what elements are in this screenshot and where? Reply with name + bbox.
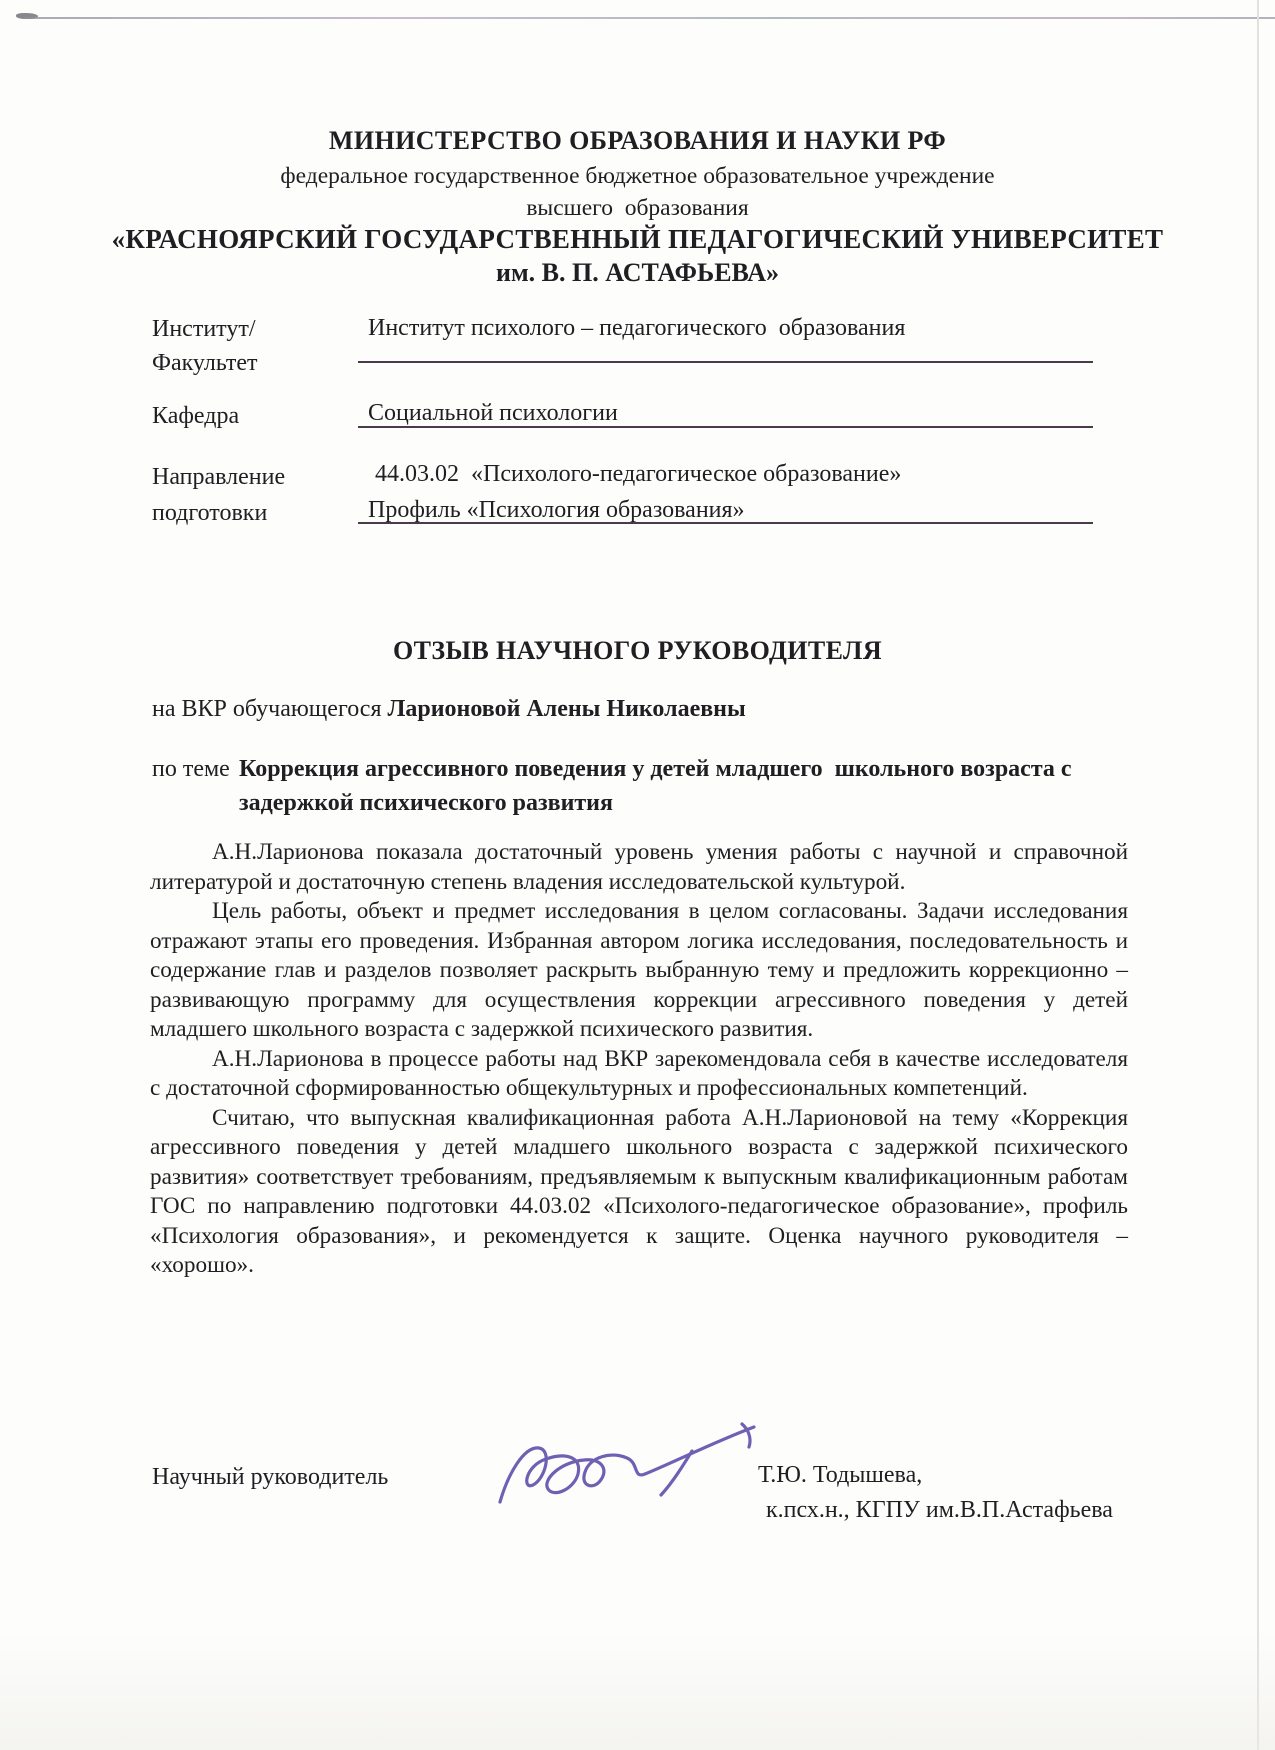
supervisor-role-label: Научный руководитель [152,1464,388,1491]
body-paragraph-1: А.Н.Ларионова показала достаточный урове… [150,838,1128,897]
scan-artifact-line [24,17,1275,19]
letterhead: МИНИСТЕРСТВО ОБРАЗОВАНИЯ И НАУКИ РФ феде… [0,126,1275,288]
supervisor-name: Т.Ю. Тодышева, [758,1462,922,1489]
direction-underline [358,522,1093,524]
department-label: Кафедра [152,399,239,433]
topic-text: Коррекция агрессивного поведения у детей… [239,752,1112,820]
institute-label: Институт/ Факультет [152,312,258,380]
department-underline [358,426,1093,428]
scan-shadow [0,1630,1275,1750]
handwritten-signature [492,1416,772,1521]
topic-line: по теме Коррекция агрессивного поведения… [152,752,1112,820]
institution-type-line: федеральное государственное бюджетное об… [0,163,1275,190]
document-title: ОТЗЫВ НАУЧНОГО РУКОВОДИТЕЛЯ [0,636,1275,666]
topic-prefix: по теме [152,752,239,820]
supervisor-credentials: к.псх.н., КГПУ им.В.П.Астафьева [766,1497,1113,1524]
student-line: на ВКР обучающегося Ларионовой Алены Ник… [152,696,746,723]
student-line-prefix: на ВКР обучающегося [152,696,387,722]
body-paragraph-2: Цель работы, объект и предмет исследован… [150,897,1128,1045]
scanned-document-page: МИНИСТЕРСТВО ОБРАЗОВАНИЯ И НАУКИ РФ феде… [0,0,1275,1750]
review-body: А.Н.Ларионова показала достаточный урове… [150,838,1128,1281]
education-level-line: высшего образования [0,195,1275,222]
ministry-line: МИНИСТЕРСТВО ОБРАЗОВАНИЯ И НАУКИ РФ [0,126,1275,156]
department-value: Социальной психологии [368,400,618,427]
institute-underline [358,361,1093,363]
direction-profile-value: Профиль «Психология образования» [368,497,745,524]
student-name: Ларионовой Алены Николаевны [387,696,745,722]
institute-value: Институт психолого – педагогического обр… [368,315,905,342]
direction-label: Направление подготовки [152,459,285,531]
university-named-after-line: им. В. П. АСТАФЬЕВА» [0,258,1275,288]
body-paragraph-4: Считаю, что выпускная квалификационная р… [150,1104,1128,1281]
body-paragraph-3: А.Н.Ларионова в процессе работы над ВКР … [150,1045,1128,1104]
direction-code-value: 44.03.02 «Психолого-педагогическое образ… [375,461,901,488]
university-name-line: «КРАСНОЯРСКИЙ ГОСУДАРСТВЕННЫЙ ПЕДАГОГИЧЕ… [0,224,1275,255]
